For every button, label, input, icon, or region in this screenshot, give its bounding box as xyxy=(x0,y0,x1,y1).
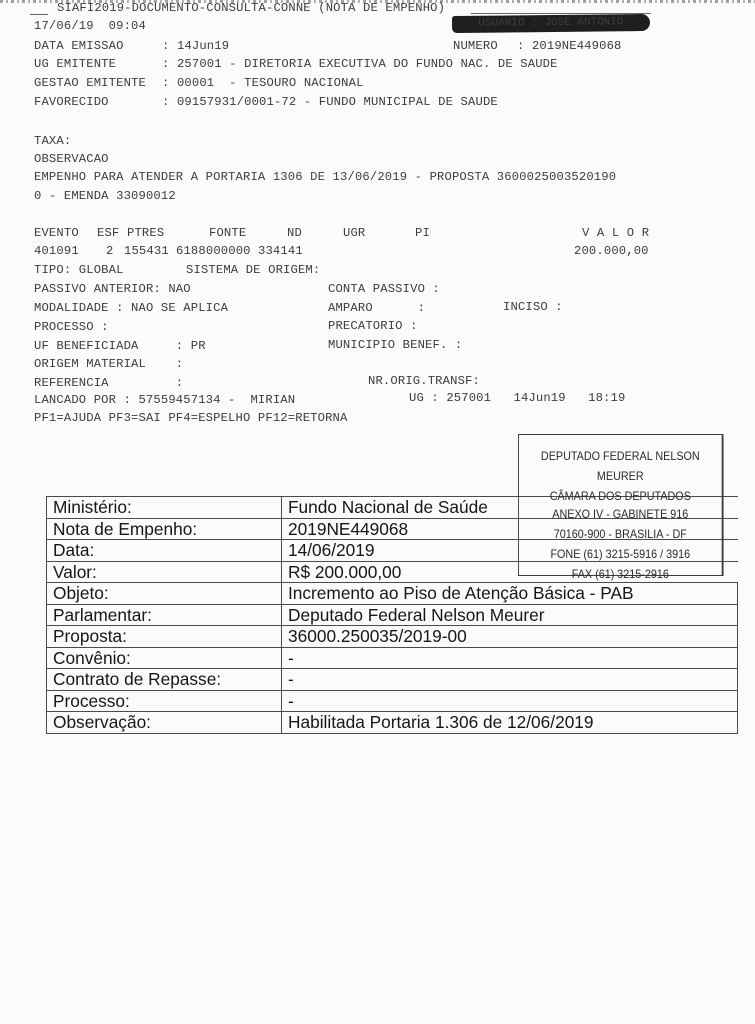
deputy-stamp: DEPUTADO FEDERAL NELSON MEURER CÂMARA DO… xyxy=(518,434,724,576)
ug-emitente-label: UG EMITENTE xyxy=(34,57,116,71)
screen-datetime: 17/06/19 09:04 xyxy=(34,19,146,33)
col-ptres: PTRES xyxy=(127,226,164,240)
favorecido-label: FAVORECIDO xyxy=(34,95,109,109)
precatorio: PRECATORIO : xyxy=(328,319,418,333)
row-value: - xyxy=(282,690,738,712)
row-label: Convênio: xyxy=(47,647,282,669)
observacao-label: OBSERVACAO xyxy=(34,152,109,166)
nr-orig-transf: NR.ORIG.TRANSF: xyxy=(368,374,480,388)
row-value: - xyxy=(282,669,738,691)
origem-material: ORIGEM MATERIAL : xyxy=(34,357,183,371)
row-nd: 334141 xyxy=(258,244,303,258)
gestao-emitente-label: GESTAO EMITENTE xyxy=(34,76,146,90)
table-row: Contrato de Repasse:- xyxy=(47,669,738,691)
numero-value: : 2019NE449068 xyxy=(517,39,622,53)
row-value: Incremento ao Piso de Atenção Básica - P… xyxy=(282,583,738,605)
col-pi: PI xyxy=(415,226,430,240)
lancado-ug: UG : 257001 14Jun19 18:19 xyxy=(409,391,625,405)
observacao-line-2: 0 - EMENDA 33090012 xyxy=(34,189,176,203)
gestao-emitente: 00001 - TESOURO NACIONAL xyxy=(177,76,364,90)
gestao-emitente-value: : 00001 - TESOURO NACIONAL xyxy=(162,76,364,90)
row-label: Parlamentar: xyxy=(47,604,282,626)
ug-emitente: 257001 - DIRETORIA EXECUTIVA DO FUNDO NA… xyxy=(177,57,558,71)
passivo-anterior: PASSIVO ANTERIOR: NAO xyxy=(34,282,191,296)
row-valor: 200.000,00 xyxy=(574,244,649,258)
table-row: Parlamentar:Deputado Federal Nelson Meur… xyxy=(47,604,738,626)
numero: 2019NE449068 xyxy=(532,39,622,53)
stamp-line-fax: FAX (61) 3215-2916 xyxy=(519,565,722,585)
row-value: Habilitada Portaria 1.306 de 12/06/2019 xyxy=(282,712,738,734)
row-label: Observação: xyxy=(47,712,282,734)
processo: PROCESSO : xyxy=(34,320,109,334)
table-row: Convênio:- xyxy=(47,647,738,669)
numero-label: NUMERO xyxy=(453,39,498,53)
row-label: Ministério: xyxy=(47,497,282,519)
row-label: Data: xyxy=(47,540,282,562)
function-keys: PF1=AJUDA PF3=SAI PF4=ESPELHO PF12=RETOR… xyxy=(34,411,347,425)
col-fonte: FONTE xyxy=(209,226,246,240)
stamp-line-cep: 70160-900 - BRASILIA - DF xyxy=(519,525,722,545)
favorecido: 09157931/0001-72 - FUNDO MUNICIPAL DE SA… xyxy=(177,95,498,109)
amparo: AMPARO : xyxy=(328,301,425,315)
col-esf: ESF xyxy=(97,226,119,240)
sistema-origem: SISTEMA DE ORIGEM: xyxy=(186,263,320,277)
ug-emitente-value: : 257001 - DIRETORIA EXECUTIVA DO FUNDO … xyxy=(162,57,558,71)
stamp-line-address: ANEXO IV - GABINETE 916 xyxy=(519,505,722,525)
row-fonte: 6188000000 xyxy=(176,244,251,258)
municipio-benef: MUNICIPIO BENEF. : xyxy=(328,338,462,352)
row-value: - xyxy=(282,647,738,669)
inciso: INCISO : xyxy=(503,300,563,314)
row-esf: 2 xyxy=(106,244,113,258)
favorecido-value: : 09157931/0001-72 - FUNDO MUNICIPAL DE … xyxy=(162,95,498,109)
row-label: Nota de Empenho: xyxy=(47,518,282,540)
data-emissao-value: : 14Jun19 xyxy=(162,39,229,53)
table-row: Processo:- xyxy=(47,690,738,712)
row-label: Processo: xyxy=(47,690,282,712)
data-emissao: 14Jun19 xyxy=(177,39,229,53)
stamp-line-name: DEPUTADO FEDERAL NELSON MEURER xyxy=(519,447,722,487)
referencia: REFERENCIA : xyxy=(34,376,183,390)
row-label: Proposta: xyxy=(47,626,282,648)
col-valor: V A L O R xyxy=(582,226,649,240)
table-row: Proposta:36000.250035/2019-00 xyxy=(47,626,738,648)
table-row: Objeto:Incremento ao Piso de Atenção Bás… xyxy=(47,583,738,605)
lancado-por: LANCADO POR : 57559457134 - MIRIAN xyxy=(34,393,295,407)
col-evento: EVENTO xyxy=(34,226,79,240)
modalidade: MODALIDADE : NAO SE APLICA xyxy=(34,301,228,315)
redacted-user: USUARIO : JOSE ANTONIO xyxy=(452,14,650,33)
row-label: Valor: xyxy=(47,561,282,583)
uf-beneficiada: UF BENEFICIADA : PR xyxy=(34,339,206,353)
conta-passivo: CONTA PASSIVO : xyxy=(328,282,440,296)
stamp-line-phone: FONE (61) 3215-5916 / 3916 xyxy=(519,545,722,565)
col-nd: ND xyxy=(287,226,302,240)
row-value: 36000.250035/2019-00 xyxy=(282,626,738,648)
data-emissao-label: DATA EMISSAO xyxy=(34,39,124,53)
screen-title: SIAFI2019-DOCUMENTO-CONSULTA-CONNE (NOTA… xyxy=(57,1,445,15)
observacao-line-1: EMPENHO PARA ATENDER A PORTARIA 1306 DE … xyxy=(34,170,616,184)
col-ugr: UGR xyxy=(343,226,365,240)
stamp-line-chamber: CÂMARA DOS DEPUTADOS xyxy=(519,489,722,505)
row-label: Objeto: xyxy=(47,583,282,605)
row-ptres: 155431 xyxy=(124,244,169,258)
row-label: Contrato de Repasse: xyxy=(47,669,282,691)
header-underline-left xyxy=(30,14,48,15)
row-evento: 401091 xyxy=(34,244,79,258)
row-value: Deputado Federal Nelson Meurer xyxy=(282,604,738,626)
tipo: TIPO: GLOBAL xyxy=(34,263,124,277)
table-row: Observação:Habilitada Portaria 1.306 de … xyxy=(47,712,738,734)
taxa-label: TAXA: xyxy=(34,134,71,148)
